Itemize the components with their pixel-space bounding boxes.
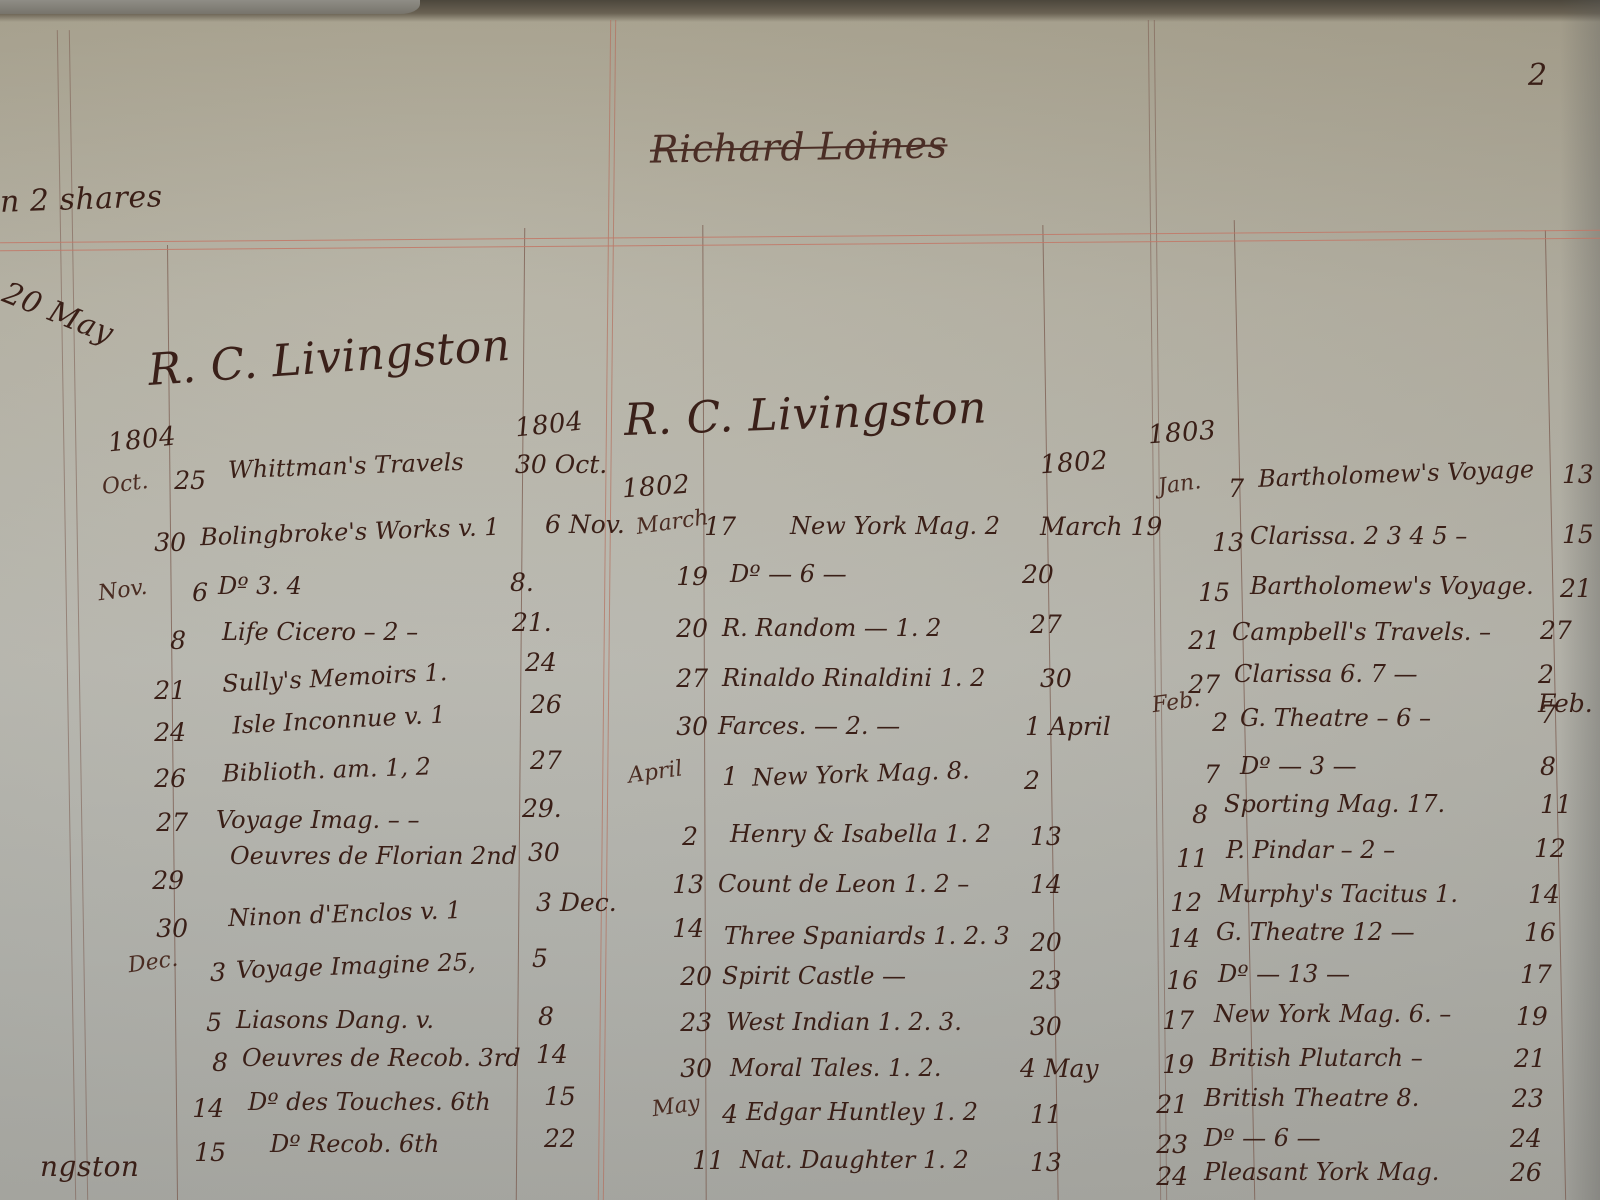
entry-day: 4 <box>690 1100 738 1129</box>
entry-returned: 30 Oct. <box>515 450 607 479</box>
entry-day: 1 <box>690 762 738 791</box>
entry-day: 7 <box>1172 760 1220 789</box>
entry-day: 20 <box>660 614 708 643</box>
entry-returned: 3 Dec. <box>536 888 617 917</box>
entry-returned: 7 <box>1540 700 1556 729</box>
entry-title: G. Theatre 12 — <box>1216 918 1415 946</box>
entry-returned: 14 <box>536 1040 568 1069</box>
entry-returned: 8. <box>510 568 534 597</box>
entry-title: Isle Inconnue v. 1 <box>231 700 446 739</box>
entry-returned: 8 <box>1540 752 1556 781</box>
entry-returned: 23 <box>1512 1084 1544 1113</box>
borrower-heading: R. C. Livingston <box>146 320 512 396</box>
entry-title: New York Mag. 6. – <box>1214 1000 1451 1028</box>
entry-day: 7 <box>1196 474 1244 503</box>
bottom-left-fragment: ngston <box>40 1150 139 1183</box>
entry-returned: 21 <box>1560 574 1592 603</box>
borrower-heading: R. C. Livingston <box>623 382 988 446</box>
entry-day: 11 <box>676 1146 724 1175</box>
entry-day: 24 <box>1140 1162 1188 1191</box>
entry-returned: 11 <box>1540 790 1572 819</box>
entry-returned: 20 <box>1030 928 1062 957</box>
entry-title: Dº — 13 — <box>1218 960 1350 988</box>
entry-day: 24 <box>138 718 186 747</box>
entry-returned: 20 <box>1022 560 1054 589</box>
entry-returned: 15 <box>544 1082 576 1111</box>
entry-day: 13 <box>656 870 704 899</box>
entry-title: Oeuvres de Florian 2nd <box>230 842 517 870</box>
entry-returned: 27 <box>1540 616 1572 645</box>
entry-returned: 27 <box>530 746 562 775</box>
entry-title: Bartholomew's Voyage. <box>1250 572 1534 600</box>
entry-day: 12 <box>1154 888 1202 917</box>
entry-day: 16 <box>1150 966 1198 995</box>
entry-title: Biblioth. am. 1, 2 <box>222 752 432 787</box>
entry-title: Campbell's Travels. – <box>1232 618 1491 646</box>
entry-returned: 8 <box>538 1002 554 1031</box>
header-rule <box>0 230 1600 244</box>
entry-title: Nat. Daughter 1. 2 <box>740 1146 969 1174</box>
entry-day: 8 <box>138 626 186 655</box>
entry-returned: 15 <box>1562 520 1594 549</box>
entry-day: 30 <box>660 712 708 741</box>
entry-day: 15 <box>178 1138 226 1167</box>
entry-day: 21 <box>1140 1090 1188 1119</box>
entry-title: Dº des Touches. 6th <box>248 1088 491 1116</box>
entry-title: Clarissa 6. 7 — <box>1234 660 1418 688</box>
entry-returned: 14 <box>1030 870 1062 899</box>
entry-title: British Theatre 8. <box>1204 1084 1419 1112</box>
entry-title: Three Spaniards 1. 2. 3 <box>724 922 1010 950</box>
entry-title: British Plutarch – <box>1210 1044 1423 1072</box>
entry-returned: March 19 <box>1040 512 1162 541</box>
year-borrowed: 1804 <box>107 422 178 459</box>
entry-month: Dec. <box>127 947 180 979</box>
top-left-fragment: n 2 shares <box>0 179 163 220</box>
entry-month: Nov. <box>97 575 149 607</box>
entry-returned: 24 <box>525 648 557 677</box>
entry-day: 27 <box>140 808 188 837</box>
entry-title: Dº Recob. 6th <box>270 1130 439 1158</box>
entry-title: Farces. — 2. — <box>718 712 900 740</box>
entry-returned: 17 <box>1520 960 1552 989</box>
entry-title: Oeuvres de Recob. 3rd <box>242 1044 521 1072</box>
year-borrowed: 1803 <box>1147 416 1217 451</box>
entry-returned: 26 <box>1510 1158 1542 1187</box>
entry-returned: 11 <box>1030 1100 1062 1129</box>
crossed-out-header: Richard Loines <box>650 122 948 171</box>
entry-day: 27 <box>660 664 708 693</box>
entry-month: Oct. <box>100 469 149 500</box>
entry-title: Bolingbroke's Works v. 1 <box>200 513 500 551</box>
entry-day: 17 <box>1146 1006 1194 1035</box>
entry-day: 25 <box>158 466 206 495</box>
entry-title: Count de Leon 1. 2 – <box>718 870 969 898</box>
year-returned: 1804 <box>514 407 585 444</box>
entry-returned: 1 April <box>1025 712 1111 741</box>
entry-title: Murphy's Tacitus 1. <box>1218 880 1458 908</box>
entry-title: Sully's Memoirs 1. <box>221 658 447 698</box>
left-margin-fragment: 20 May <box>0 275 119 351</box>
entry-returned: 30 <box>528 838 560 867</box>
entry-returned: 4 May <box>1020 1054 1098 1083</box>
entry-day: 21 <box>1172 626 1220 655</box>
page-number-fragment: 2 <box>1528 58 1548 93</box>
entry-title: Dº — 6 — <box>1204 1124 1321 1152</box>
book-top-edge <box>0 0 1600 22</box>
entry-returned: 24 <box>1510 1124 1542 1153</box>
entry-day: 2 <box>1180 708 1228 737</box>
entry-title: Voyage Imag. – – <box>216 806 419 834</box>
entry-title: Life Cicero – 2 – <box>222 618 418 646</box>
entry-title: Bartholomew's Voyage <box>1258 455 1535 493</box>
entry-day: 26 <box>138 764 186 793</box>
entry-title: R. Random — 1. 2 <box>722 614 941 642</box>
entry-day: 23 <box>1140 1130 1188 1159</box>
entry-returned: 14 <box>1528 880 1560 909</box>
entry-title: Spirit Castle — <box>722 962 906 990</box>
entry-day: 19 <box>660 562 708 591</box>
entry-day: 14 <box>176 1094 224 1123</box>
entry-title: Henry & Isabella 1. 2 <box>730 820 991 848</box>
entry-title: G. Theatre – 6 – <box>1240 704 1431 732</box>
entry-title: Dº — 6 — <box>730 560 847 588</box>
entry-day: 23 <box>664 1008 712 1037</box>
entry-title: Sporting Mag. 17. <box>1224 790 1445 818</box>
entry-title: Liasons Dang. v. <box>236 1006 434 1034</box>
entry-returned: 6 Nov. <box>545 510 625 539</box>
entry-day: 19 <box>1146 1050 1194 1079</box>
entry-returned: 13 <box>1562 460 1594 489</box>
entry-day: 21 <box>138 676 186 705</box>
entry-returned: 30 <box>1030 1012 1062 1041</box>
entry-returned: 21. <box>512 608 552 637</box>
entry-returned: 22 <box>544 1124 576 1153</box>
entry-returned: 30 <box>1040 664 1072 693</box>
entry-returned: 2 <box>1024 766 1040 795</box>
entry-day: 14 <box>1152 924 1200 953</box>
entry-day: 5 <box>174 1008 222 1037</box>
entry-day: 30 <box>138 528 186 557</box>
entry-title: New York Mag. 2 <box>790 512 1000 540</box>
entry-day: 15 <box>1182 578 1230 607</box>
entry-day: 13 <box>1196 528 1244 557</box>
entry-returned: 12 <box>1534 834 1566 863</box>
entry-title: Clarissa. 2 3 4 5 – <box>1250 522 1467 550</box>
entry-day: 17 <box>688 512 736 541</box>
entry-returned: 21 <box>1514 1044 1546 1073</box>
entry-day: 30 <box>664 1054 712 1083</box>
entry-day: 30 <box>140 914 188 943</box>
year-returned: 1802 <box>1039 446 1109 481</box>
year-borrowed: 1802 <box>621 470 691 505</box>
entry-day: 6 <box>160 578 208 607</box>
entry-day: 11 <box>1160 844 1208 873</box>
entry-day: 8 <box>180 1048 228 1077</box>
entry-returned: 19 <box>1516 1002 1548 1031</box>
entry-month: April <box>627 756 685 788</box>
entry-day: 14 <box>656 914 704 943</box>
entry-title: West Indian 1. 2. 3. <box>726 1008 962 1036</box>
entry-title: P. Pindar – 2 – <box>1226 836 1395 864</box>
entry-returned: 13 <box>1030 822 1062 851</box>
entry-returned: 23 <box>1030 966 1062 995</box>
entry-day: 3 <box>178 958 226 987</box>
entry-day: 2 <box>650 822 698 851</box>
entry-returned: 29. <box>522 794 562 823</box>
entry-title: Dº 3. 4 <box>218 572 302 600</box>
entry-day: 29 <box>136 866 184 895</box>
entry-day: 8 <box>1160 800 1208 829</box>
entry-returned: 13 <box>1030 1148 1062 1177</box>
entry-title: Dº — 3 — <box>1240 752 1357 780</box>
entry-title: Pleasant York Mag. <box>1204 1158 1439 1186</box>
entry-title: Voyage Imagine 25, <box>236 948 477 984</box>
entry-title: Whittman's Travels <box>228 448 465 484</box>
entry-returned: 5 <box>532 944 548 973</box>
entry-title: Ninon d'Enclos v. 1 <box>228 896 462 932</box>
entry-returned: 26 <box>530 690 562 719</box>
entry-day: 20 <box>664 962 712 991</box>
entry-returned: 16 <box>1524 918 1556 947</box>
ledger-page: 2 Richard Loines n 2 shares 20 May ngsto… <box>0 0 1600 1200</box>
entry-title: New York Mag. 8. <box>752 756 970 792</box>
entry-title: Rinaldo Rinaldini 1. 2 <box>722 664 985 692</box>
entry-title: Edgar Huntley 1. 2 <box>746 1098 978 1126</box>
entry-returned: 27 <box>1030 610 1062 639</box>
entry-title: Moral Tales. 1. 2. <box>730 1054 941 1082</box>
